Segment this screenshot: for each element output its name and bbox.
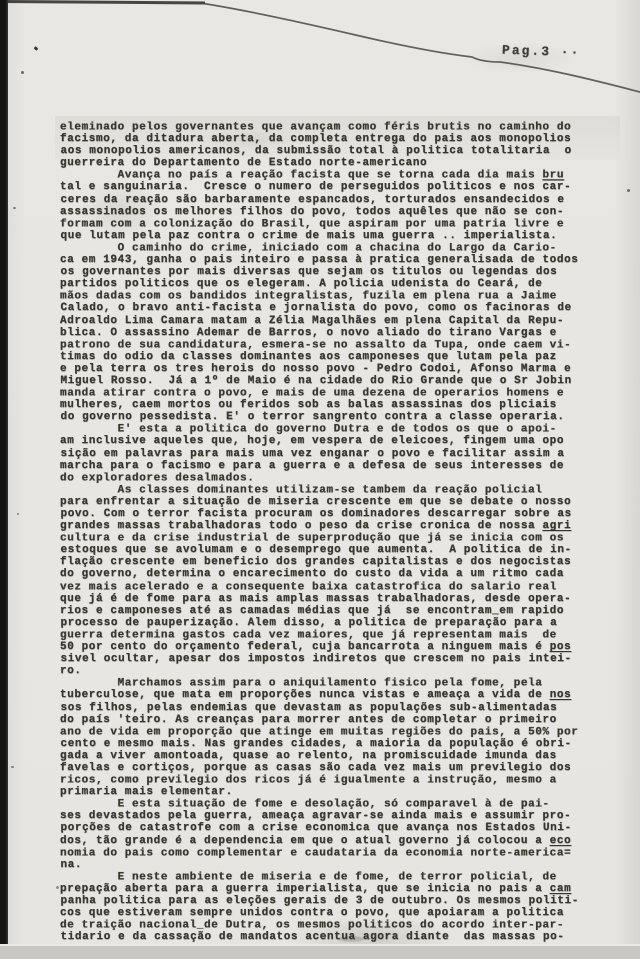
text-line: tal e sanguinaria. Cresce o numero de pe… (60, 181, 620, 193)
scanned-document-page: Pag.3 ·· eleminado pelos governantes que… (0, 0, 640, 959)
text-line: na. (61, 859, 621, 871)
text-line: para enfrentar a situação de miseria cre… (60, 496, 620, 508)
text-line: ceres da reação são barbaramente espanca… (61, 194, 621, 206)
paper-speck (13, 207, 16, 209)
text-line: guerra determina gastos cada vez maiores… (60, 629, 620, 641)
text-line: blica. O assassino Ademar de Barros, o n… (60, 327, 620, 339)
text-line: povo. Com o terror facista procuram os d… (61, 508, 621, 520)
text-line: grandes massas trabalhadoras todo o peso… (60, 520, 620, 532)
text-line: favelas e cortiços, porque as casas são … (60, 762, 620, 774)
text-line: Avança no país a reação facista que se t… (60, 170, 620, 182)
text-line: am inclusive aqueles que, hoje, em vespe… (60, 435, 620, 447)
text-line: guerreira do Departamento de Estado nort… (60, 157, 620, 169)
paragraph: eleminado pelos governantes que avançam … (60, 121, 620, 169)
text-line: vez mais acelerado e a consequente baixa… (60, 581, 620, 593)
text-line: cultura e da crise industrial de superpr… (60, 532, 620, 544)
text-line: E' esta a politica do governo Dutra e de… (60, 424, 620, 436)
text-line: manda atirar contra o povo, e mais de um… (60, 387, 620, 399)
text-line: rios e camponeses até as camadas médias … (60, 605, 620, 617)
text-line: que já é de fome para as mais amplas mas… (60, 593, 620, 605)
text-line: partidos politicos que os elegeram. A po… (60, 278, 620, 290)
paper-speck (56, 886, 59, 889)
paragraph: E neste ambiente de miseria e de fome, d… (60, 871, 620, 944)
text-line: eleminado pelos governantes que avançam … (60, 121, 620, 133)
text-line: patrono de sua candidatura, esmera-se no… (60, 339, 620, 351)
paper-speck (627, 189, 630, 192)
paragraph: E' esta a politica do governo Dutra e de… (60, 423, 620, 483)
paper-crease-line (0, 0, 640, 120)
text-line: do exploradores desalmados. (60, 472, 620, 484)
text-line: ses devastados pela guerra, ameaça agrav… (60, 810, 620, 822)
text-line: estoques que se avolumam e o desemprego … (61, 544, 621, 556)
scanner-edge-strip (0, 0, 8, 946)
paper-speck (34, 46, 39, 51)
text-line: panha politica para as eleções gerais de… (61, 895, 621, 907)
text-line: processo de pauperização. Alem disso, a … (61, 617, 621, 629)
text-line: dos, tão grande é a dependencia em que o… (60, 835, 620, 847)
paragraph: O caminho do crime, iniciado com a chaci… (60, 242, 620, 423)
text-line: primaria mais elementar. (60, 786, 620, 798)
text-line: ca em 1943, ganha o pais inteiro e passa… (60, 254, 620, 266)
text-line: e pela terra os tres herois do nosso pov… (60, 363, 620, 375)
text-line: 50 por cento do orçamento federal, cuja … (60, 641, 620, 653)
text-line: do governo pessedista. E' o terror sangr… (61, 411, 621, 423)
text-line: timas do odio da classes dominantes aos … (60, 351, 620, 363)
text-line: tuberculose, que mata em proporções nunc… (60, 689, 620, 701)
page-number-label: Pag.3 ·· (502, 43, 581, 61)
text-line: facismo, da ditadura aberta, da completa… (60, 133, 620, 145)
text-line: assassinados os melhores filhos do povo,… (60, 206, 620, 218)
text-line: O caminho do crime, iniciado com a chaci… (60, 242, 620, 254)
paper-speck (21, 71, 24, 74)
text-line: sição em palavras para mais uma vez enga… (61, 448, 621, 460)
text-line: prepação aberta para a guerra imperialis… (60, 883, 620, 895)
text-line: de traição nacional_de Dutra, os mesmos … (60, 919, 620, 931)
text-block: eleminado pelos governantes que avançam … (60, 121, 620, 943)
text-line: mulheres, caem mortos ou feridos sob as … (60, 399, 620, 411)
paragraph: Avança no país a reação facista que se t… (60, 169, 620, 242)
text-line: cento e mesmo mais. Nas grandes cidades,… (61, 738, 621, 750)
text-line: do país 'teiro. As creanças para morrer … (60, 714, 620, 726)
text-line: Marchamos assim para o aniquilamento fis… (60, 678, 620, 690)
text-line: As classes dominantes utilizam-se tambem… (60, 484, 620, 496)
paper-speck (11, 766, 14, 768)
text-line: flação crescente em beneficio dos grande… (60, 556, 620, 568)
scan-bottom-band (0, 944, 640, 959)
text-line: mãos dadas com os bandidos integralistas… (60, 291, 620, 303)
text-line: gada a viver amontoada, quase ao relento… (60, 750, 620, 762)
text-line: Calado, o bravo anti-facista e jornalist… (61, 302, 621, 314)
paragraph: E esta situação de fome e desolação, só … (60, 798, 620, 871)
text-line: formam com a colonização do Brasil, que … (60, 218, 620, 230)
text-line: nomia do pais como complementar e caudat… (60, 847, 620, 859)
text-line: porções de catastrofe com a crise econom… (61, 822, 621, 834)
paper-speck (338, 936, 364, 942)
paper-speck (17, 513, 19, 515)
text-line: marcha para o facismo e para a guerra e … (60, 460, 620, 472)
text-line: E esta situação de fome e desolação, só … (60, 799, 620, 811)
text-line: aos monopolios americanos, da submissão … (61, 145, 621, 157)
text-line: E neste ambiente de miseria e de fome, d… (60, 871, 620, 883)
text-line: do governo, determina o encarecimento do… (60, 568, 620, 580)
text-line: os governantes por mais diversas que sej… (61, 266, 621, 278)
text-line: que lutam pela paz contra o crime de mai… (61, 230, 621, 242)
text-line: sos filhos, pelas endemias que devastam … (61, 702, 621, 714)
text-line: ano de vida em proporção que atinge em m… (60, 726, 620, 738)
paragraph: Marchamos assim para o aniquilamento fis… (60, 677, 620, 798)
paragraph: As classes dominantes utilizam-se tambem… (60, 484, 620, 678)
text-line: ro. (60, 665, 620, 677)
text-line: ricos, como previlegio dos ricos já é ig… (60, 774, 620, 786)
text-line: sivel ocultar, apesar dos impostos indir… (61, 653, 621, 665)
text-line: Miguel Rosso. Já a 1º de Maio é na cidad… (61, 375, 621, 387)
text-line: cos que estiveram sempre unidos contra o… (60, 907, 620, 919)
text-line: Adroaldo Lima Camara matam a Zélia Magal… (60, 315, 620, 327)
